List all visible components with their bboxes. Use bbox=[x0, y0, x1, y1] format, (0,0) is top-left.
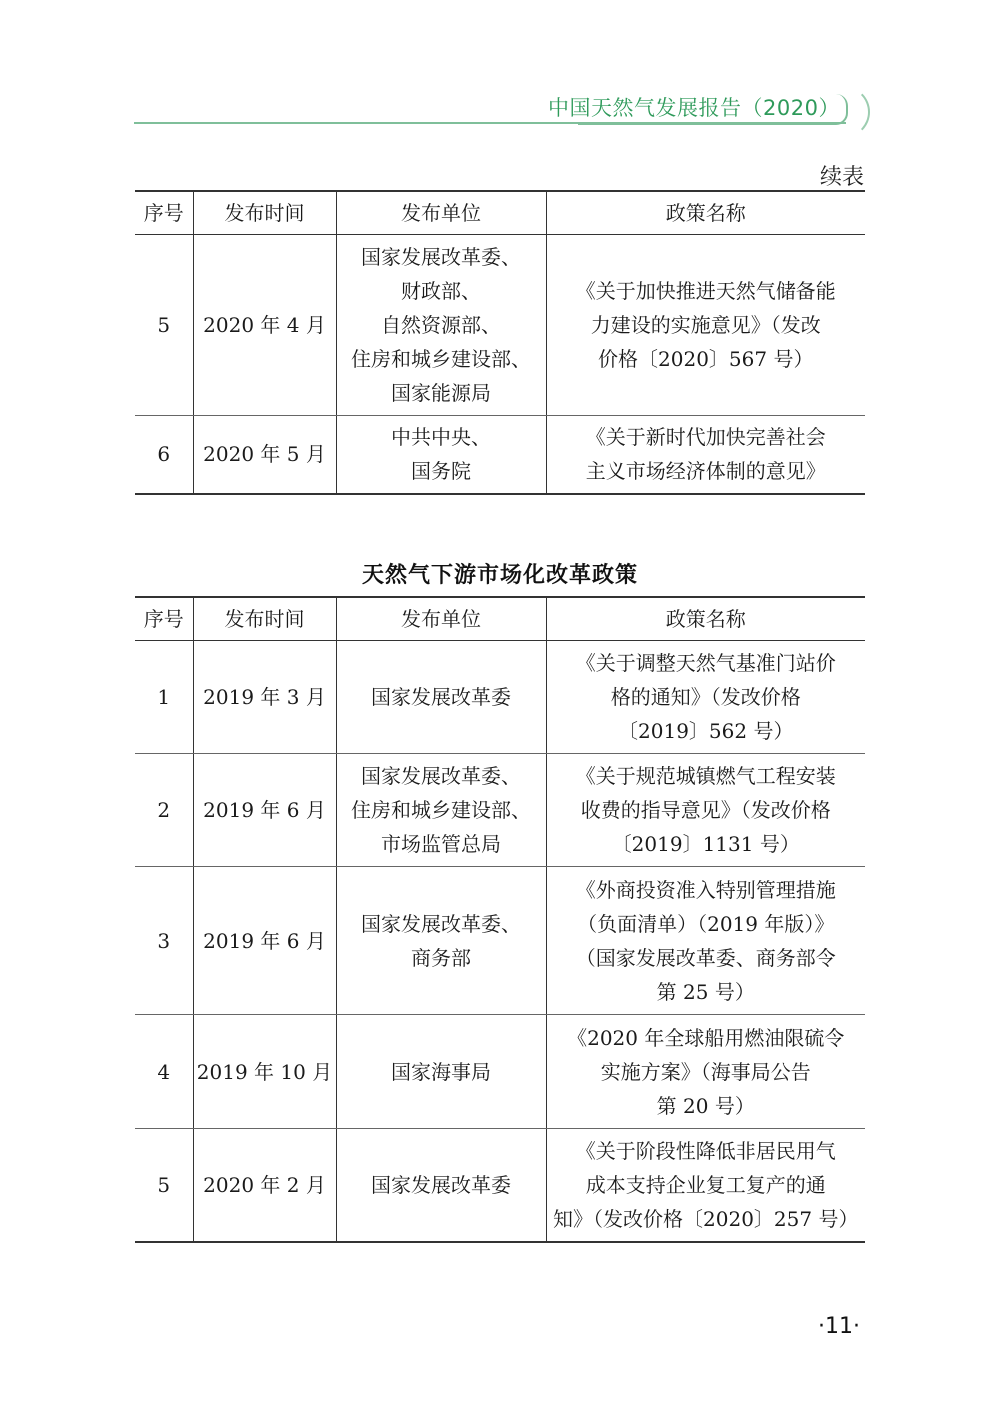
issuer-line: 商务部 bbox=[337, 941, 546, 975]
row-policy: 《关于阶段性降低非居民用气 成本支持企业复工复产的通 知》（发改价格〔2020〕… bbox=[546, 1129, 865, 1242]
row-issuer: 国家发展改革委 bbox=[336, 641, 546, 754]
issuer-line: 国家发展改革委 bbox=[337, 1168, 546, 1202]
policy-line: 《关于阶段性降低非居民用气 bbox=[547, 1134, 866, 1168]
section-title: 天然气下游市场化改革政策 bbox=[135, 558, 865, 589]
row-policy: 《关于规范城镇燃气工程安装 收费的指导意见》（发改价格 〔2019〕1131 号… bbox=[546, 754, 865, 867]
running-header: 中国天然气发展报告（2020） bbox=[134, 86, 874, 136]
policy-line: 力建设的实施意见》（发改 bbox=[547, 308, 866, 342]
issuer-line: 市场监管总局 bbox=[337, 827, 546, 861]
issuer-line: 国家发展改革委、 bbox=[337, 759, 546, 793]
issuer-line: 住房和城乡建设部、 bbox=[337, 793, 546, 827]
issuer-line: 财政部、 bbox=[337, 274, 546, 308]
row-issuer: 国家发展改革委、 财政部、 自然资源部、 住房和城乡建设部、 国家能源局 bbox=[336, 235, 546, 416]
row-policy: 《2020 年全球船用燃油限硫令 实施方案》（海事局公告 第 20 号） bbox=[546, 1015, 865, 1129]
row-no: 5 bbox=[135, 1129, 193, 1242]
row-date: 2019 年 10 月 bbox=[193, 1015, 336, 1129]
row-date: 2019 年 3 月 bbox=[193, 641, 336, 754]
row-issuer: 国家发展改革委、 商务部 bbox=[336, 867, 546, 1015]
policy-line: 〔2019〕562 号） bbox=[547, 714, 866, 748]
issuer-line: 国家发展改革委、 bbox=[337, 907, 546, 941]
row-policy: 《关于新时代加快完善社会 主义市场经济体制的意见》 bbox=[546, 416, 865, 494]
continued-table-label: 续表 bbox=[820, 160, 864, 191]
row-issuer: 中共中央、 国务院 bbox=[336, 416, 546, 494]
issuer-line: 住房和城乡建设部、 bbox=[337, 342, 546, 376]
row-no: 5 bbox=[135, 235, 193, 416]
row-issuer: 国家发展改革委、 住房和城乡建设部、 市场监管总局 bbox=[336, 754, 546, 867]
issuer-line: 国家发展改革委 bbox=[337, 680, 546, 714]
row-date: 2019 年 6 月 bbox=[193, 754, 336, 867]
policy-line: 《关于调整天然气基准门站价 bbox=[547, 646, 866, 680]
column-header-issuer: 发布单位 bbox=[336, 597, 546, 641]
column-header-no: 序号 bbox=[135, 597, 193, 641]
column-header-date: 发布时间 bbox=[193, 597, 336, 641]
row-no: 4 bbox=[135, 1015, 193, 1129]
policy-line: 《2020 年全球船用燃油限硫令 bbox=[547, 1021, 866, 1055]
row-issuer: 国家发展改革委 bbox=[336, 1129, 546, 1242]
policy-line: 《关于规范城镇燃气工程安装 bbox=[547, 759, 866, 793]
table-row: 2 2019 年 6 月 国家发展改革委、 住房和城乡建设部、 市场监管总局 《… bbox=[135, 754, 865, 867]
issuer-line: 国家能源局 bbox=[337, 376, 546, 410]
page-number: ·11· bbox=[818, 1314, 860, 1339]
table-header-row: 序号 发布时间 发布单位 政策名称 bbox=[135, 191, 865, 235]
policy-line: 《关于加快推进天然气储备能 bbox=[547, 274, 866, 308]
policy-line: 《外商投资准入特别管理措施 bbox=[547, 873, 866, 907]
row-no: 6 bbox=[135, 416, 193, 494]
row-no: 2 bbox=[135, 754, 193, 867]
row-date: 2020 年 4 月 bbox=[193, 235, 336, 416]
policy-line: 实施方案》（海事局公告 bbox=[547, 1055, 866, 1089]
table-header-row: 序号 发布时间 发布单位 政策名称 bbox=[135, 597, 865, 641]
table-row: 1 2019 年 3 月 国家发展改革委 《关于调整天然气基准门站价 格的通知》… bbox=[135, 641, 865, 754]
policy-line: 价格〔2020〕567 号） bbox=[547, 342, 866, 376]
issuer-line: 自然资源部、 bbox=[337, 308, 546, 342]
policy-line: 第 20 号） bbox=[547, 1089, 866, 1123]
column-header-policy: 政策名称 bbox=[546, 597, 865, 641]
table-row: 6 2020 年 5 月 中共中央、 国务院 《关于新时代加快完善社会 主义市场… bbox=[135, 416, 865, 494]
issuer-line: 国务院 bbox=[337, 454, 546, 488]
policy-line: 主义市场经济体制的意见》 bbox=[547, 454, 866, 488]
row-issuer: 国家海事局 bbox=[336, 1015, 546, 1129]
column-header-policy: 政策名称 bbox=[546, 191, 865, 235]
table-row: 5 2020 年 4 月 国家发展改革委、 财政部、 自然资源部、 住房和城乡建… bbox=[135, 235, 865, 416]
row-policy: 《外商投资准入特别管理措施 （负面清单）（2019 年版）》 （国家发展改革委、… bbox=[546, 867, 865, 1015]
column-header-issuer: 发布单位 bbox=[336, 191, 546, 235]
issuer-line: 国家发展改革委、 bbox=[337, 240, 546, 274]
policy-line: （负面清单）（2019 年版）》 bbox=[547, 907, 866, 941]
policy-line: 收费的指导意见》（发改价格 bbox=[547, 793, 866, 827]
row-policy: 《关于调整天然气基准门站价 格的通知》（发改价格 〔2019〕562 号） bbox=[546, 641, 865, 754]
policy-line: 《关于新时代加快完善社会 bbox=[547, 420, 866, 454]
downstream-policy-table: 序号 发布时间 发布单位 政策名称 1 2019 年 3 月 国家发展改革委 《… bbox=[135, 596, 865, 1243]
table-row: 4 2019 年 10 月 国家海事局 《2020 年全球船用燃油限硫令 实施方… bbox=[135, 1015, 865, 1129]
policy-line: 成本支持企业复工复产的通 bbox=[547, 1168, 866, 1202]
continued-policy-table: 序号 发布时间 发布单位 政策名称 5 2020 年 4 月 国家发展改革委、 … bbox=[135, 190, 865, 495]
row-policy: 《关于加快推进天然气储备能 力建设的实施意见》（发改 价格〔2020〕567 号… bbox=[546, 235, 865, 416]
book-title: 中国天然气发展报告（2020） bbox=[548, 92, 840, 122]
table-row: 3 2019 年 6 月 国家发展改革委、 商务部 《外商投资准入特别管理措施 … bbox=[135, 867, 865, 1015]
policy-line: 知》（发改价格〔2020〕257 号） bbox=[547, 1202, 866, 1236]
policy-line: 第 25 号） bbox=[547, 975, 866, 1009]
policy-line: （国家发展改革委、商务部令 bbox=[547, 941, 866, 975]
row-date: 2020 年 2 月 bbox=[193, 1129, 336, 1242]
column-header-no: 序号 bbox=[135, 191, 193, 235]
policy-line: 格的通知》（发改价格 bbox=[547, 680, 866, 714]
row-no: 3 bbox=[135, 867, 193, 1015]
issuer-line: 国家海事局 bbox=[337, 1055, 546, 1089]
policy-line: 〔2019〕1131 号） bbox=[547, 827, 866, 861]
issuer-line: 中共中央、 bbox=[337, 420, 546, 454]
table-row: 5 2020 年 2 月 国家发展改革委 《关于阶段性降低非居民用气 成本支持企… bbox=[135, 1129, 865, 1242]
column-header-date: 发布时间 bbox=[193, 191, 336, 235]
row-date: 2020 年 5 月 bbox=[193, 416, 336, 494]
row-date: 2019 年 6 月 bbox=[193, 867, 336, 1015]
row-no: 1 bbox=[135, 641, 193, 754]
